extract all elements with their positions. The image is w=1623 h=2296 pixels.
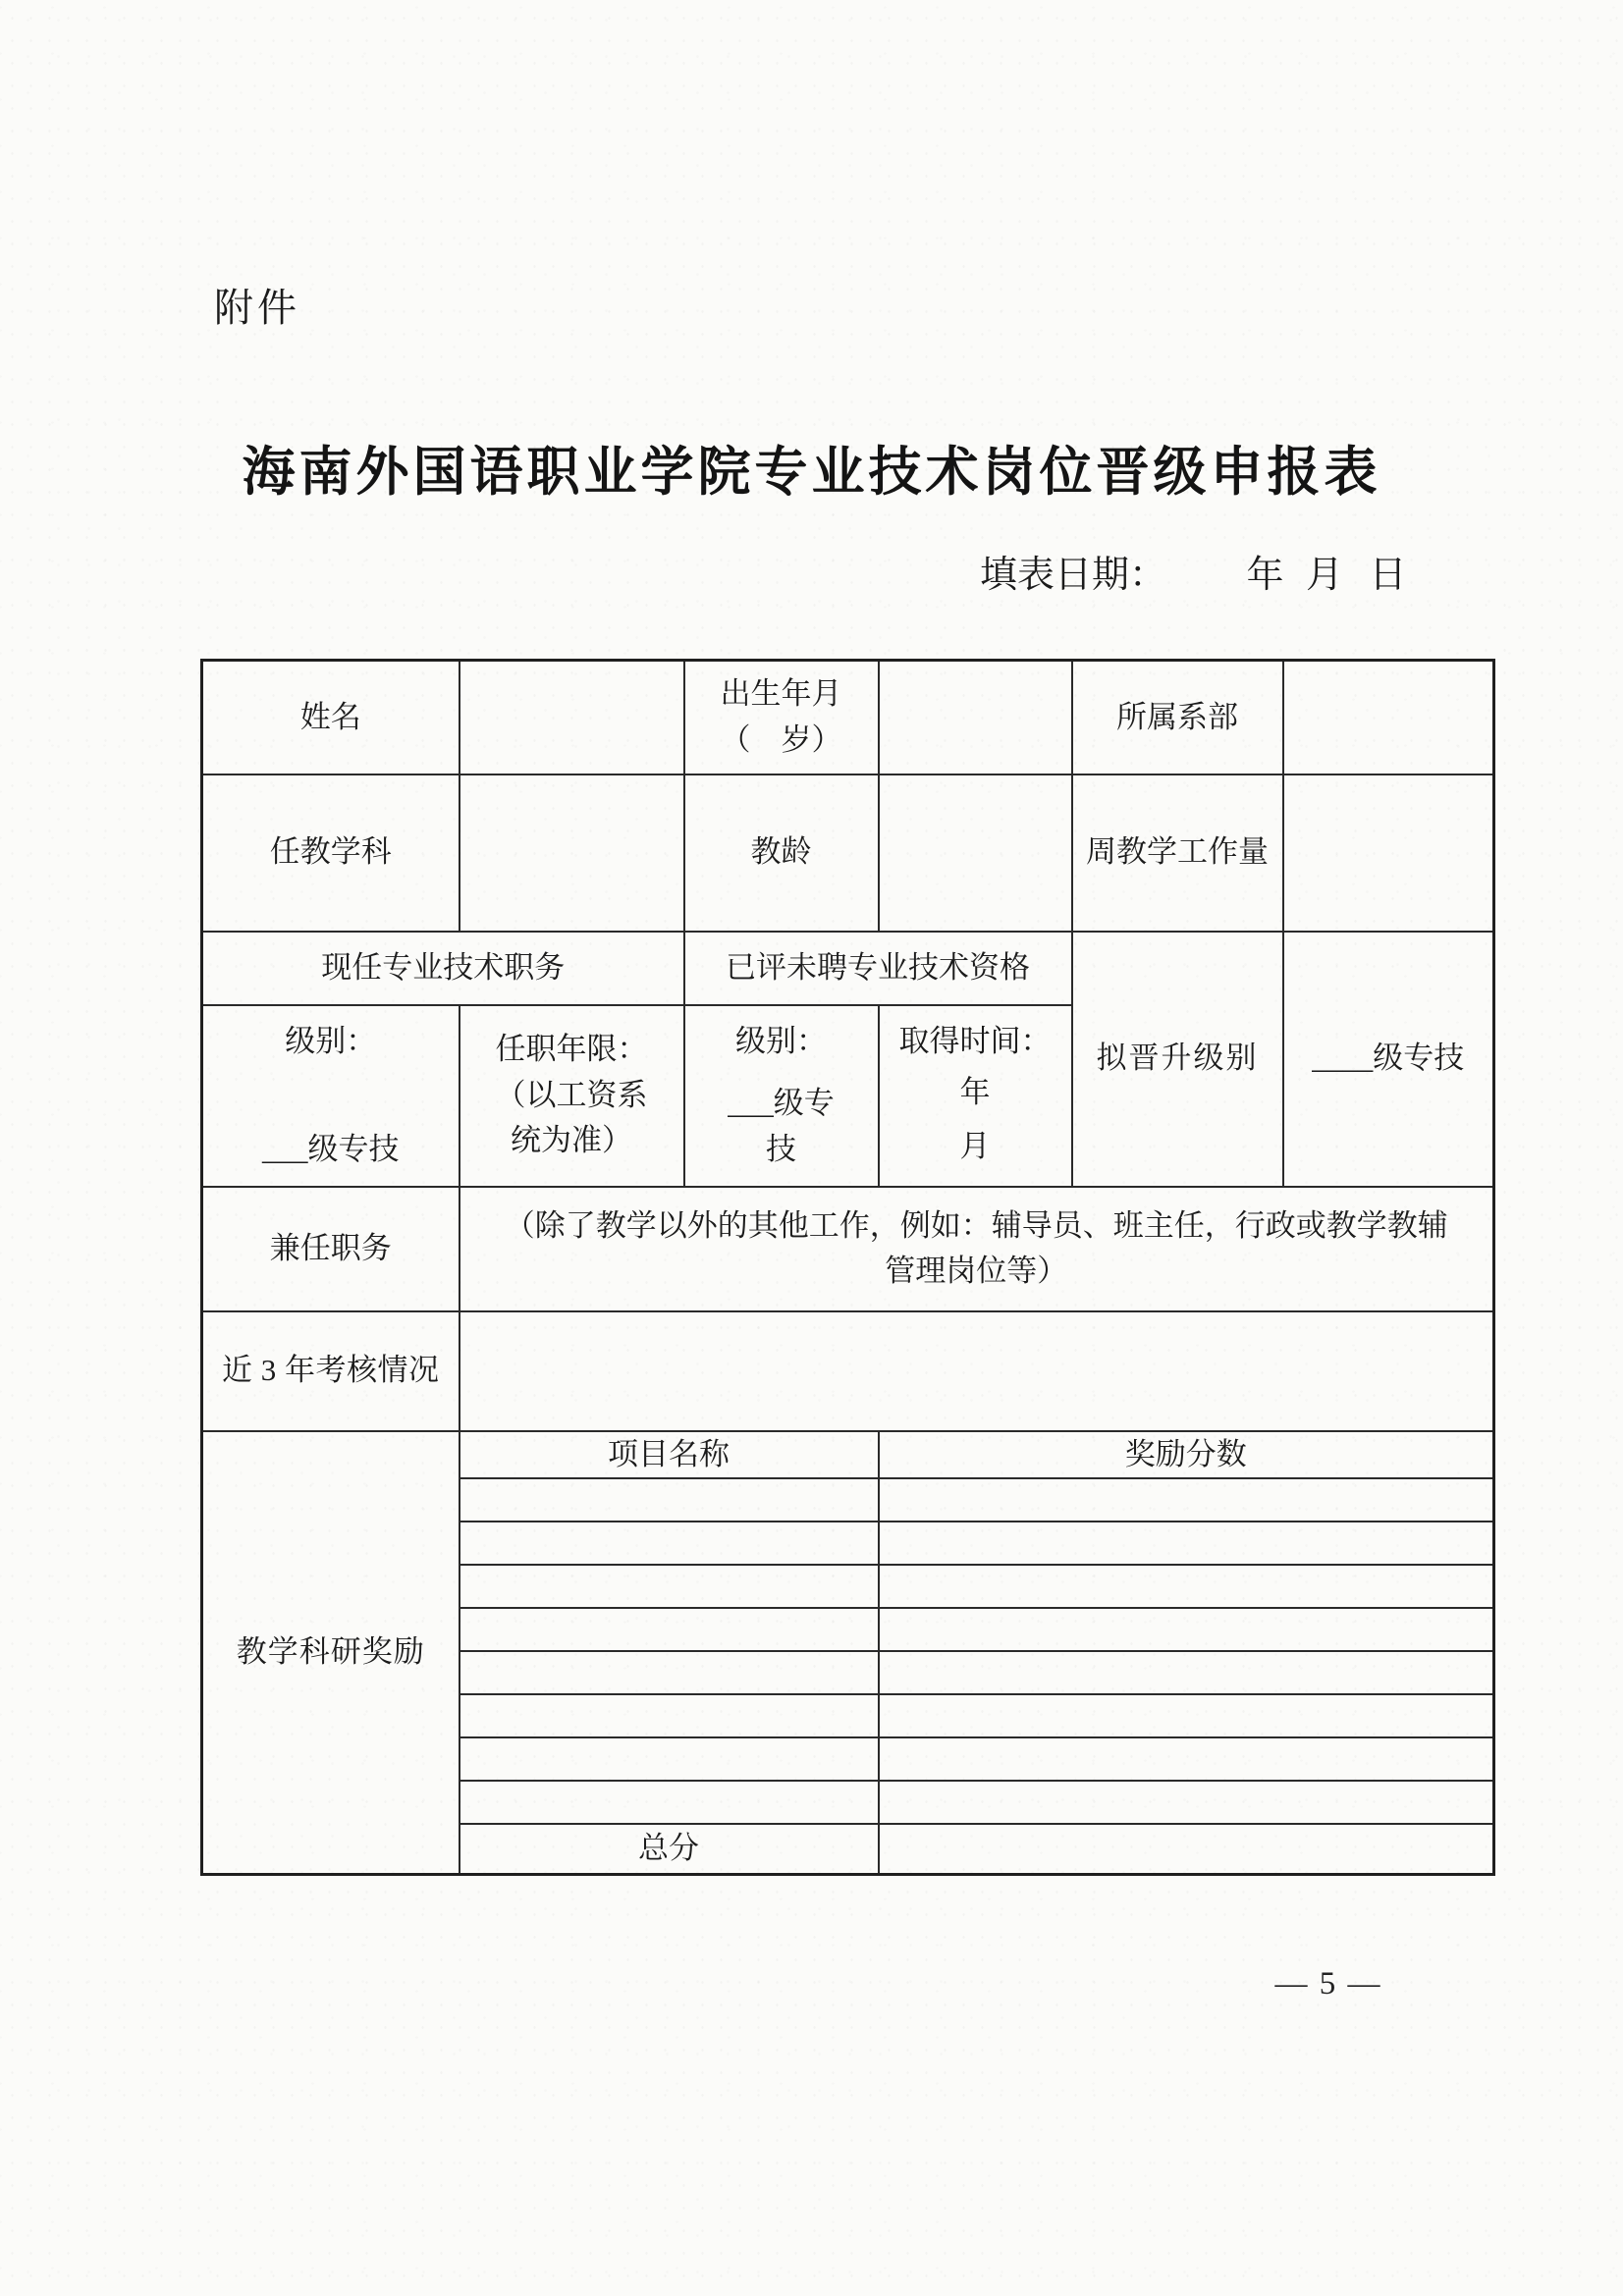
application-form-table: 姓名 出生年月 （ 岁） 所属系部 任教学科 教龄 周教学工作量 现任专业技术职… — [200, 659, 1495, 1876]
weekly-workload-label: 周教学工作量 — [1072, 774, 1283, 932]
award-score-cell — [879, 1694, 1494, 1737]
teaching-age-value-cell — [879, 774, 1072, 932]
fill-date-month-label: 月 — [1306, 555, 1343, 596]
weekly-workload-value-cell — [1283, 774, 1494, 932]
teaching-age-label: 教龄 — [684, 774, 879, 932]
evaluated-level-blank: ___级专 技 — [728, 1081, 835, 1172]
award-score-cell — [879, 1737, 1494, 1781]
obtain-time-label: 取得时间： — [899, 1019, 1052, 1065]
fill-date-line: 填表日期： 年 月 日 — [980, 544, 1407, 598]
promotion-level-blank: ____级专技 — [1283, 932, 1494, 1187]
subject-label: 任教学科 — [202, 774, 460, 932]
tenure-cell: 任职年限： （以工资系 统为准） — [460, 1005, 684, 1187]
evaluated-level-label: 级别： — [735, 1019, 827, 1065]
award-project-cell — [460, 1565, 879, 1608]
award-score-cell — [879, 1522, 1494, 1565]
concurrent-post-label: 兼任职务 — [202, 1187, 460, 1311]
birth-label: 出生年月 （ 岁） — [684, 661, 879, 774]
fill-date-year-label: 年 — [1247, 555, 1284, 596]
award-project-cell — [460, 1478, 879, 1522]
birth-value-cell — [879, 661, 1072, 774]
row-position-headers: 现任专业技术职务 已评未聘专业技术资格 拟晋升级别 ____级专技 — [202, 932, 1494, 1005]
subject-value-cell — [460, 774, 684, 932]
current-level-cell: 级别： ___级专技 — [202, 1005, 460, 1187]
current-position-header: 现任专业技术职务 — [202, 932, 684, 1005]
award-score-cell — [879, 1651, 1494, 1694]
award-project-cell — [460, 1651, 879, 1694]
row-concurrent-post: 兼任职务 （除了教学以外的其他工作，例如：辅导员、班主任，行政或教学教辅 管理岗… — [202, 1187, 1494, 1311]
award-project-header: 项目名称 — [460, 1431, 879, 1479]
current-level-label: 级别： — [285, 1019, 376, 1065]
row-basic-2: 任教学科 教龄 周教学工作量 — [202, 774, 1494, 932]
award-project-cell — [460, 1608, 879, 1651]
obtain-time-blank: 年 月 — [960, 1065, 991, 1175]
name-value-cell — [460, 661, 684, 774]
concurrent-post-note: （除了教学以外的其他工作，例如：辅导员、班主任，行政或教学教辅 管理岗位等） — [460, 1187, 1494, 1311]
award-project-cell — [460, 1522, 879, 1565]
name-label: 姓名 — [202, 661, 460, 774]
page-number: — 5 — — [1235, 1966, 1422, 2002]
award-project-cell — [460, 1694, 879, 1737]
promotion-level-label: 拟晋升级别 — [1072, 932, 1283, 1187]
award-score-cell — [879, 1781, 1494, 1824]
current-level-blank: ___级专技 — [262, 1127, 400, 1173]
award-score-cell — [879, 1565, 1494, 1608]
department-value-cell — [1283, 661, 1494, 774]
assessment-label: 近 3 年考核情况 — [202, 1311, 460, 1431]
award-score-cell — [879, 1478, 1494, 1522]
total-score-label: 总分 — [460, 1824, 879, 1874]
evaluated-qualification-header: 已评未聘专业技术资格 — [684, 932, 1072, 1005]
row-assessment: 近 3 年考核情况 — [202, 1311, 1494, 1431]
assessment-value-cell — [460, 1311, 1494, 1431]
awards-label: 教学科研奖励 — [202, 1431, 460, 1875]
form-title: 海南外国语职业学院专业技术岗位晋级申报表 — [0, 430, 1623, 506]
fill-date-label: 填表日期： — [980, 555, 1166, 596]
row-basic-1: 姓名 出生年月 （ 岁） 所属系部 — [202, 661, 1494, 774]
award-score-cell — [879, 1608, 1494, 1651]
department-label: 所属系部 — [1072, 661, 1283, 774]
attachment-label: 附件 — [214, 277, 300, 333]
evaluated-level-cell: 级别： ___级专 技 — [684, 1005, 879, 1187]
award-project-cell — [460, 1737, 879, 1781]
scanned-document-page: 附件 海南外国语职业学院专业技术岗位晋级申报表 填表日期： 年 月 日 姓名 出… — [0, 0, 1623, 2296]
total-score-value-cell — [879, 1824, 1494, 1874]
award-project-cell — [460, 1781, 879, 1824]
obtain-time-cell: 取得时间： 年 月 — [879, 1005, 1072, 1187]
award-score-header: 奖励分数 — [879, 1431, 1494, 1479]
fill-date-day-label: 日 — [1370, 555, 1407, 596]
row-awards-header: 教学科研奖励 项目名称 奖励分数 — [202, 1431, 1494, 1479]
